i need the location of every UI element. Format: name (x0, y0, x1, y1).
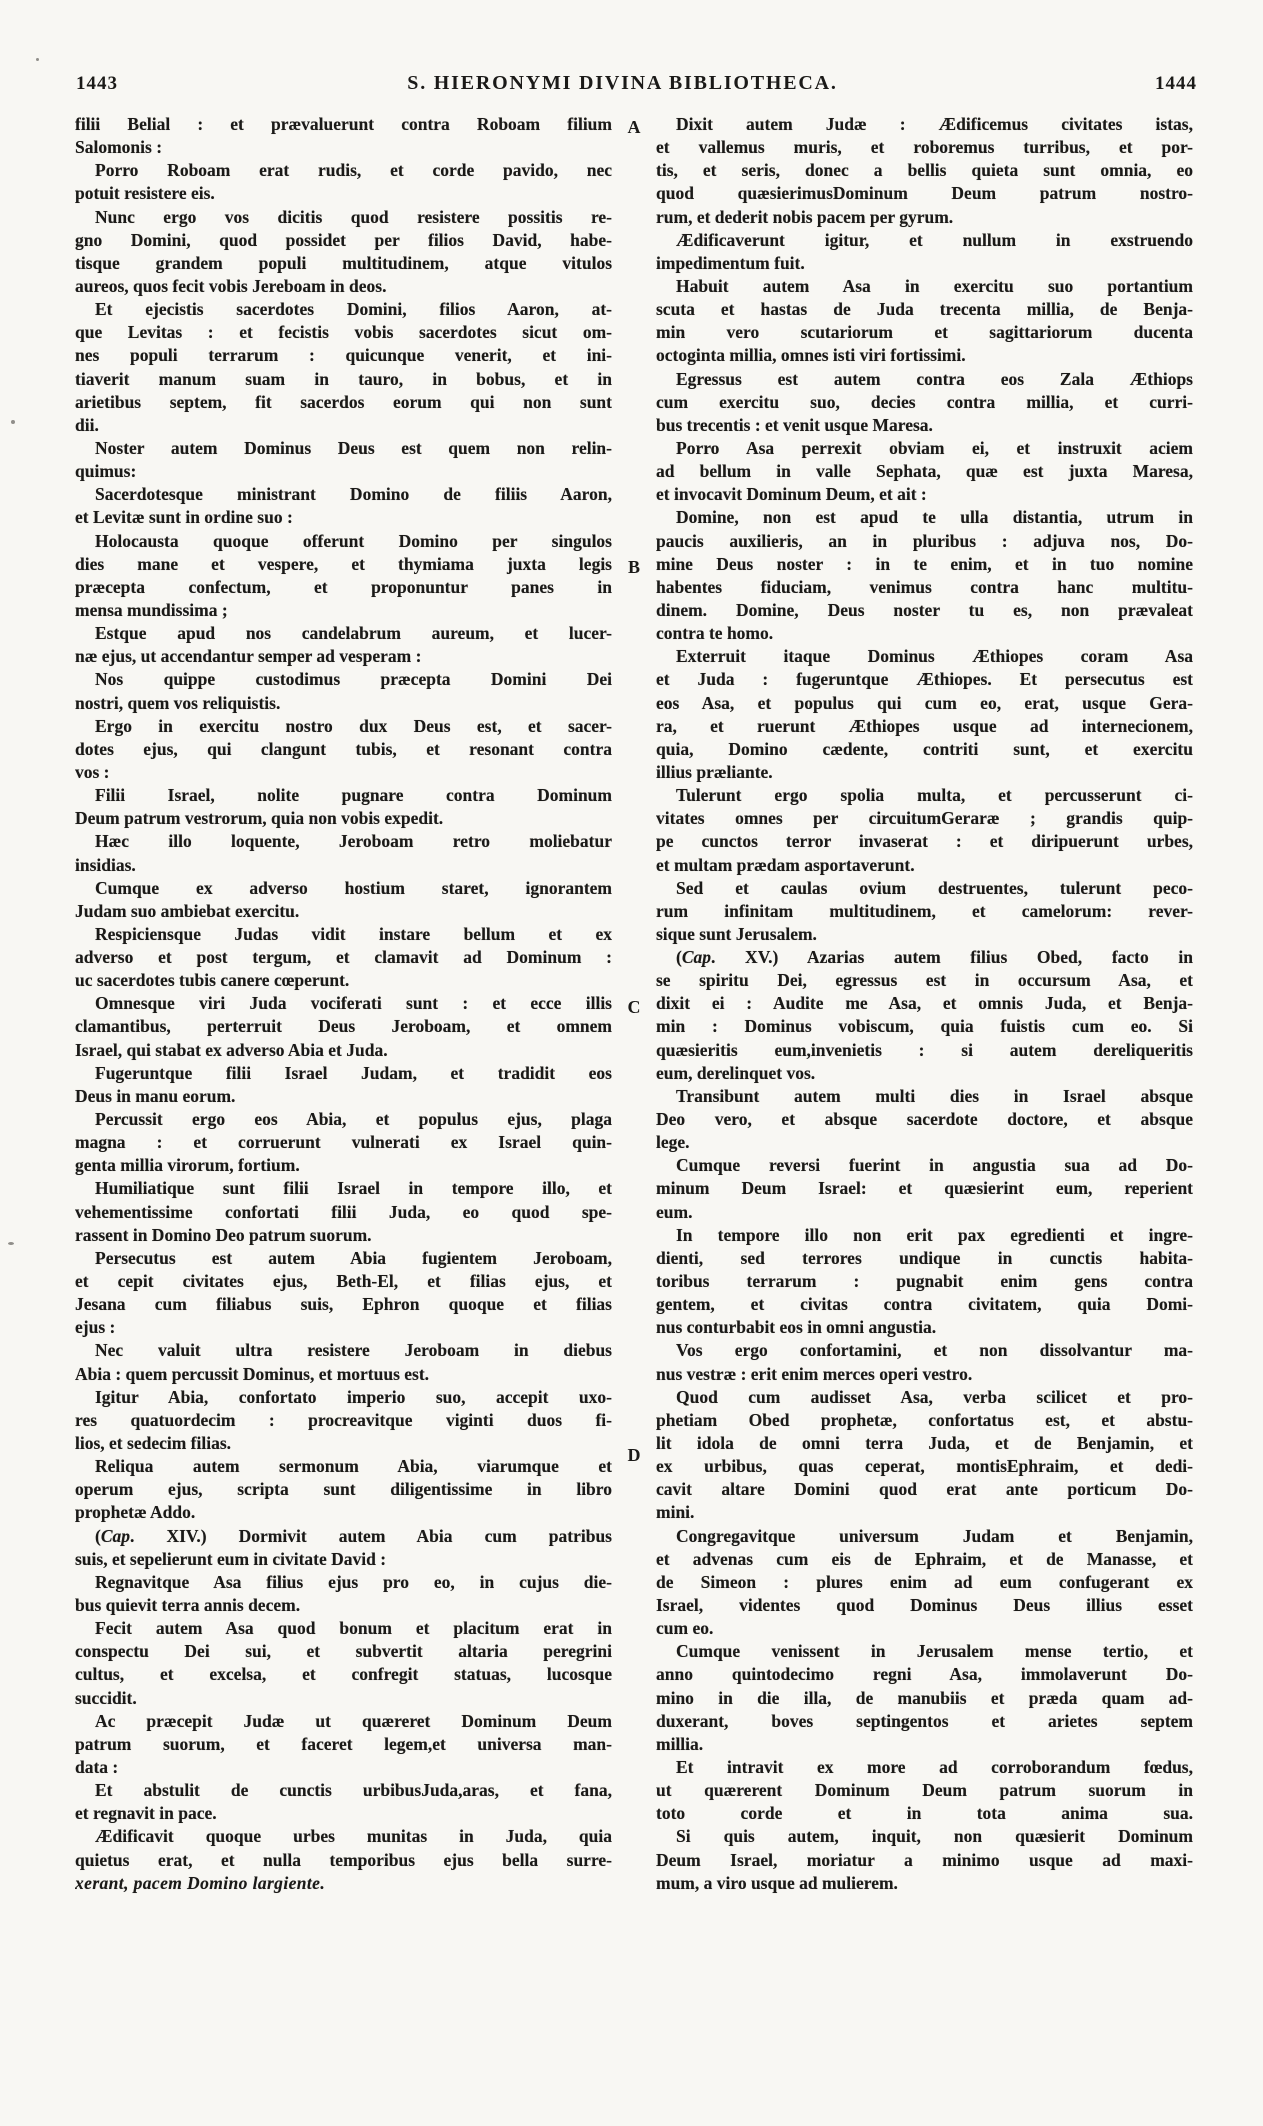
text-line: conspectu Dei sui, et subvertit altaria … (75, 1640, 612, 1663)
right-text-column: Dixit autem Judæ : Ædificemus civitates … (656, 113, 1193, 1895)
text-line: Filii Israel, nolite pugnare contra Domi… (75, 784, 612, 807)
text-line: Judam suo ambiebat exercitu. (75, 900, 612, 923)
text-line: quietus erat, et nulla temporibus ejus b… (75, 1849, 612, 1872)
text-line: quimus: (75, 460, 612, 483)
text-line: Noster autem Dominus Deus est quem non r… (75, 437, 612, 460)
text-line: Igitur Abia, confortato imperio suo, acc… (75, 1386, 612, 1409)
text-line: Egressus est autem contra eos Zala Æthio… (656, 368, 1193, 391)
text-line: rum, et dederit nobis pacem per gyrum. (656, 206, 1193, 229)
text-line: vitates omnes per circuitumGeraræ ; gran… (656, 807, 1193, 830)
text-line: min : Dominus vobiscum, quia fuistis cum… (656, 1015, 1193, 1038)
text-line: Respiciensque Judas vidit instare bellum… (75, 923, 612, 946)
text-line: lios, et sedecim filias. (75, 1432, 612, 1455)
running-title: S. HIERONYMI DIVINA BIBLIOTHECA. (104, 72, 1141, 95)
text-line: Porro Asa perrexit obviam ei, et instrux… (656, 437, 1193, 460)
text-line: eum, derelinquet vos. (656, 1062, 1193, 1085)
text-line: Transibunt autem multi dies in Israel ab… (656, 1085, 1193, 1108)
text-line: Ædificaverunt igitur, et nullum in exstr… (656, 229, 1193, 252)
text-line: rum infinitam multitudinem, et camelorum… (656, 900, 1193, 923)
text-line: Salomonis : (75, 136, 612, 159)
text-line: toribus terrarum : pugnabit enim gens co… (656, 1270, 1193, 1293)
margin-section-letter-D: D (612, 1445, 656, 1466)
text-line: et regnavit in pace. (75, 1802, 612, 1825)
text-line: arietibus septem, fit sacerdos eorum qui… (75, 391, 612, 414)
text-line: Deum Israel, moriatur a minimo usque ad … (656, 1849, 1193, 1872)
text-body: filii Belial : et prævaluerunt contra Ro… (75, 113, 1193, 1895)
text-line: insidias. (75, 854, 612, 877)
text-line: næ ejus, ut accendantur semper ad vesper… (75, 645, 612, 668)
text-line: Fugeruntque filii Israel Judam, et tradi… (75, 1062, 612, 1085)
scan-speck (36, 58, 39, 61)
text-line: nus vestræ : erit enim merces operi vest… (656, 1363, 1193, 1386)
text-line: octoginta millia, omnes isti viri fortis… (656, 344, 1193, 367)
text-line: operum ejus, scripta sunt diligentissime… (75, 1478, 612, 1501)
text-line: Cumque venissent in Jerusalem mense tert… (656, 1640, 1193, 1663)
text-line: magna : et corruerunt vulnerati ex Israe… (75, 1131, 612, 1154)
text-line: Cumque reversi fuerint in angustia sua a… (656, 1154, 1193, 1177)
text-line: Abia : quem percussit Dominus, et mortuu… (75, 1363, 612, 1386)
text-line: suis, et sepelierunt eum in civitate Dav… (75, 1548, 612, 1571)
margin-section-letter-A: A (612, 117, 656, 138)
text-line: In tempore illo non erit pax egredienti … (656, 1224, 1193, 1247)
text-line: (Cap. XIV.) Dormivit autem Abia cum patr… (75, 1525, 612, 1548)
text-line: Deo vero, et absque sacerdote doctore, e… (656, 1108, 1193, 1131)
text-line: eum. (656, 1201, 1193, 1224)
text-line: cum exercitu suo, decies contra millia, … (656, 391, 1193, 414)
text-line: Deus in manu eorum. (75, 1085, 612, 1108)
text-line: Quod cum audisset Asa, verba scilicet et… (656, 1386, 1193, 1409)
text-line: Cumque ex adverso hostium staret, ignora… (75, 877, 612, 900)
text-line: dienti, sed terrores undique in cunctis … (656, 1247, 1193, 1270)
text-line: Nos quippe custodimus præcepta Domini De… (75, 668, 612, 691)
text-line: ad bellum in valle Sephata, quæ est juxt… (656, 460, 1193, 483)
text-line: Ædificavit quoque urbes munitas in Juda,… (75, 1825, 612, 1848)
text-line: cultus, et excelsa, et confregit statuas… (75, 1663, 612, 1686)
text-line: Jesana cum filiabus suis, Ephron quoque … (75, 1293, 612, 1316)
text-line: Ac præcepit Judæ ut quæreret Dominum Deu… (75, 1710, 612, 1733)
text-line: Tulerunt ergo spolia multa, et percusser… (656, 784, 1193, 807)
text-line: bus trecentis : et venit usque Maresa. (656, 414, 1193, 437)
text-line: ejus : (75, 1316, 612, 1339)
text-line: dinem. Domine, Deus noster tu es, non pr… (656, 599, 1193, 622)
text-line: et invocavit Dominum Deum, et ait : (656, 483, 1193, 506)
text-line: potuit resistere eis. (75, 182, 612, 205)
text-line: dies mane et vespere, et thymiama juxta … (75, 553, 612, 576)
scanned-book-page: 1443 S. HIERONYMI DIVINA BIBLIOTHECA. 14… (0, 0, 1263, 2126)
text-line: millia. (656, 1733, 1193, 1756)
text-line: ra, et ruerunt Æthiopes usque ad interne… (656, 715, 1193, 738)
text-line: Persecutus est autem Abia fugientem Jero… (75, 1247, 612, 1270)
text-line: impedimentum fuit. (656, 252, 1193, 275)
text-line: et cepit civitates ejus, Beth-El, et fil… (75, 1270, 612, 1293)
text-line: min vero scutariorum et sagittariorum du… (656, 321, 1193, 344)
text-line: contra te homo. (656, 622, 1193, 645)
text-line: dii. (75, 414, 612, 437)
text-line: que Levitas : et fecistis vobis sacerdot… (75, 321, 612, 344)
column-gutter: ABCD (612, 113, 656, 1895)
text-line: Hæc illo loquente, Jeroboam retro molieb… (75, 830, 612, 853)
text-line: vehementissime confortati filii Juda, eo… (75, 1201, 612, 1224)
text-line: toto corde et in tota anima sua. (656, 1802, 1193, 1825)
text-line: tiaverit manum suam in tauro, in bobus, … (75, 368, 612, 391)
text-line: cum eo. (656, 1617, 1193, 1640)
text-line: Humiliatique sunt filii Israel in tempor… (75, 1177, 612, 1200)
text-line: Si quis autem, inquit, non quæsierit Dom… (656, 1825, 1193, 1848)
text-line: Israel, qui stabat ex adverso Abia et Ju… (75, 1039, 612, 1062)
text-line: aureos, quos fecit vobis Jereboam in deo… (75, 275, 612, 298)
text-line: clamantibus, perterruit Deus Jeroboam, e… (75, 1015, 612, 1038)
text-line: succidit. (75, 1687, 612, 1710)
text-line: Ergo in exercitu nostro dux Deus est, et… (75, 715, 612, 738)
margin-section-letter-C: C (612, 997, 656, 1018)
text-line: anno quintodecimo regni Asa, immolaverun… (656, 1663, 1193, 1686)
text-line: et vallemus muris, et roboremus turribus… (656, 136, 1193, 159)
text-line: lit idola de omni terra Juda, et de Benj… (656, 1432, 1193, 1455)
text-line: ut quærerent Dominum Deum patrum suorum … (656, 1779, 1193, 1802)
text-line: Sacerdotesque ministrant Domino de filii… (75, 483, 612, 506)
text-line: prophetæ Addo. (75, 1501, 612, 1524)
text-line: xerant, pacem Domino largiente. (75, 1872, 612, 1895)
text-line: dotes ejus, qui clangunt tubis, et reson… (75, 738, 612, 761)
text-line: illius præliante. (656, 761, 1193, 784)
text-line: vos : (75, 761, 612, 784)
text-line: nostri, quem vos reliquistis. (75, 692, 612, 715)
text-line: lege. (656, 1131, 1193, 1154)
text-line: duxerant, boves septingentos et arietes … (656, 1710, 1193, 1733)
text-line: adverso et post tergum, et clamavit ad D… (75, 946, 612, 969)
text-line: quod quæsierimusDominum Deum patrum nost… (656, 182, 1193, 205)
text-line: tis, et seris, donec a bellis quieta sun… (656, 159, 1193, 182)
text-line: bus quievit terra annis decem. (75, 1594, 612, 1617)
text-line: mensa mundissima ; (75, 599, 612, 622)
text-line: dixit ei : Audite me Asa, et omnis Juda,… (656, 992, 1193, 1015)
text-line: Regnavitque Asa filius ejus pro eo, in c… (75, 1571, 612, 1594)
text-line: res quatuordecim : procreavitque viginti… (75, 1409, 612, 1432)
text-line: quæsieritis eum,invenietis : si autem de… (656, 1039, 1193, 1062)
text-line: cavit altare Domini quod erat ante porti… (656, 1478, 1193, 1501)
left-text-column: filii Belial : et prævaluerunt contra Ro… (75, 113, 612, 1895)
text-line: scuta et hastas de Juda trecenta millia,… (656, 298, 1193, 321)
text-line: et Levitæ sunt in ordine suo : (75, 506, 612, 529)
text-line: ex urbibus, quas ceperat, montisEphraim,… (656, 1455, 1193, 1478)
text-line: et Juda : fugeruntque Æthiopes. Et perse… (656, 668, 1193, 691)
scan-speck (8, 1242, 14, 1245)
text-line: rassent in Domino Deo patrum suorum. (75, 1224, 612, 1247)
text-line: et advenas cum eis de Ephraim, et de Man… (656, 1548, 1193, 1571)
text-line: Porro Roboam erat rudis, et corde pavido… (75, 159, 612, 182)
text-line: Habuit autem Asa in exercitu suo portant… (656, 275, 1193, 298)
text-line: Omnesque viri Juda vociferati sunt : et … (75, 992, 612, 1015)
text-line: phetiam Obed prophetæ, confortatus est, … (656, 1409, 1193, 1432)
text-line: Sed et caulas ovium destruentes, tulerun… (656, 877, 1193, 900)
text-line: tisque grandem populi multitudinem, atqu… (75, 252, 612, 275)
text-line: gno Domini, quod possidet per filios Dav… (75, 229, 612, 252)
text-line: Et ejecistis sacerdotes Domini, filios A… (75, 298, 612, 321)
column-number-right: 1444 (1155, 73, 1197, 95)
text-line: nus conturbabit eos in omni angustia. (656, 1316, 1193, 1339)
text-line: patrum suorum, et faceret legem,et unive… (75, 1733, 612, 1756)
text-line: mino in die illa, de manubiis et præda q… (656, 1687, 1193, 1710)
text-line: Vos ergo confortamini, et non dissolvant… (656, 1339, 1193, 1362)
scan-speck (11, 420, 15, 424)
text-line: (Cap. XV.) Azarias autem filius Obed, fa… (656, 946, 1193, 969)
text-line: Domine, non est apud te ulla distantia, … (656, 506, 1193, 529)
text-line: mum, a viro usque ad mulierem. (656, 1872, 1193, 1895)
text-line: et multam prædam asportaverunt. (656, 854, 1193, 877)
text-line: filii Belial : et prævaluerunt contra Ro… (75, 113, 612, 136)
text-line: nes populi terrarum : quicunque venerit,… (75, 344, 612, 367)
text-line: quia, Domino cædente, contriti sunt, et … (656, 738, 1193, 761)
text-line: uc sacerdotes tubis canere cœperunt. (75, 969, 612, 992)
margin-section-letter-B: B (612, 557, 656, 578)
text-line: pe cunctos terror invaserat : et diripue… (656, 830, 1193, 853)
text-line: mine Deus noster : in te enim, et in tuo… (656, 553, 1193, 576)
text-line: Fecit autem Asa quod bonum et placitum e… (75, 1617, 612, 1640)
text-line: Et intravit ex more ad corroborandum fœd… (656, 1756, 1193, 1779)
text-line: se spiritu Dei, egressus est in occursum… (656, 969, 1193, 992)
text-line: data : (75, 1756, 612, 1779)
text-line: mini. (656, 1501, 1193, 1524)
text-line: Congregavitque universum Judam et Benjam… (656, 1525, 1193, 1548)
text-line: habentes fiduciam, venimus contra hanc m… (656, 576, 1193, 599)
text-line: genta millia virorum, fortium. (75, 1154, 612, 1177)
text-line: gentem, et civitas contra civitatem, qui… (656, 1293, 1193, 1316)
text-line: Dixit autem Judæ : Ædificemus civitates … (656, 113, 1193, 136)
text-line: Reliqua autem sermonum Abia, viarumque e… (75, 1455, 612, 1478)
text-line: eos Asa, et populus qui cum eo, erat, us… (656, 692, 1193, 715)
text-line: Percussit ergo eos Abia, et populus ejus… (75, 1108, 612, 1131)
text-line: Israel, videntes quod Dominus Deus illiu… (656, 1594, 1193, 1617)
text-line: Nec valuit ultra resistere Jeroboam in d… (75, 1339, 612, 1362)
text-line: Deum patrum vestrorum, quia non vobis ex… (75, 807, 612, 830)
page-header: 1443 S. HIERONYMI DIVINA BIBLIOTHECA. 14… (76, 72, 1197, 95)
text-line: sique sunt Jerusalem. (656, 923, 1193, 946)
text-line: Nunc ergo vos dicitis quod resistere pos… (75, 206, 612, 229)
text-line: de Simeon : plures enim ad eum confugera… (656, 1571, 1193, 1594)
text-line: minum Deum Israel: et quæsierint eum, re… (656, 1177, 1193, 1200)
text-line: Holocausta quoque offerunt Domino per si… (75, 530, 612, 553)
text-line: præcepta confectum, et proponuntur panes… (75, 576, 612, 599)
text-line: Estque apud nos candelabrum aureum, et l… (75, 622, 612, 645)
text-line: paucis auxilieris, an in pluribus : adju… (656, 530, 1193, 553)
text-line: Exterruit itaque Dominus Æthiopes coram … (656, 645, 1193, 668)
text-line: Et abstulit de cunctis urbibusJuda,aras,… (75, 1779, 612, 1802)
